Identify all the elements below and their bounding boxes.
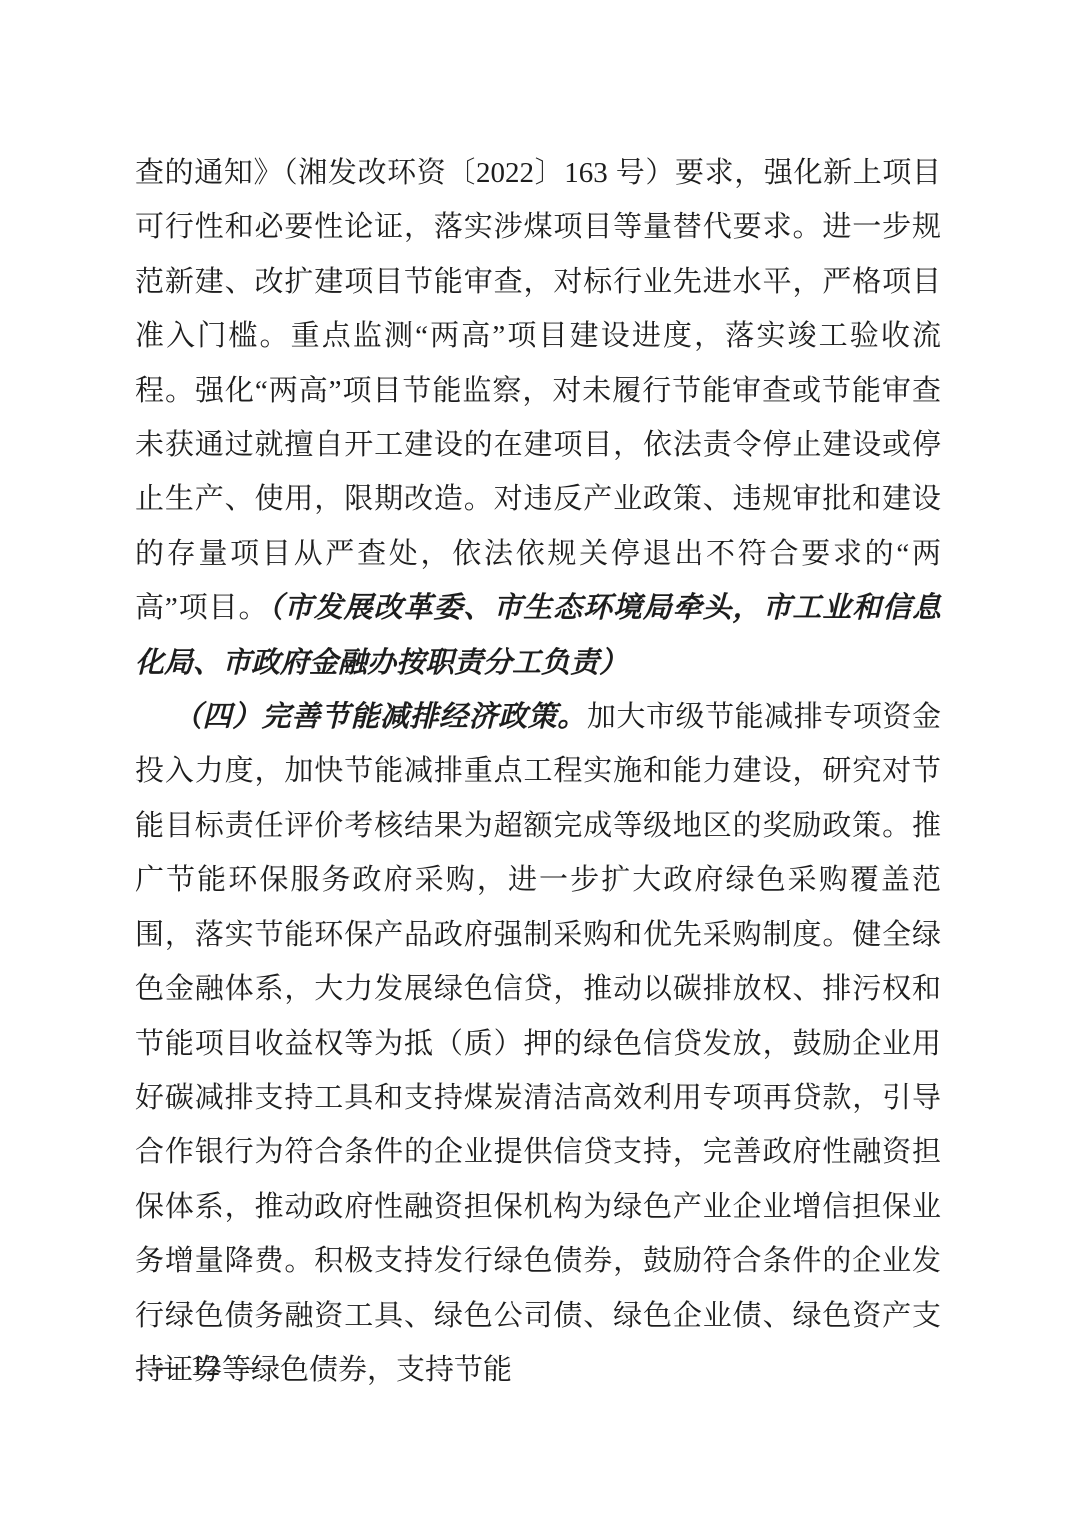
document-page: 查的通知》（湘发改环资〔2022〕163 号）要求，强化新上项目可行性和必要性论…: [0, 0, 1074, 1520]
body-text: 加大市级节能减排专项资金投入力度，加快节能减排重点工程实施和能力建设，研究对节能…: [135, 701, 941, 1386]
document-body: 查的通知》（湘发改环资〔2022〕163 号）要求，强化新上项目可行性和必要性论…: [135, 146, 941, 1397]
body-text: 查的通知》（湘发改环资〔2022〕163 号）要求，强化新上项目可行性和必要性论…: [135, 157, 941, 624]
page-number: — 12 —: [152, 1346, 260, 1386]
paragraph-section-four: （四）完善节能减排经济政策。加大市级节能减排专项资金投入力度，加快节能减排重点工…: [135, 690, 941, 1397]
paragraph-continuation: 查的通知》（湘发改环资〔2022〕163 号）要求，强化新上项目可行性和必要性论…: [135, 146, 941, 690]
section-heading: （四）完善节能减排经济政策。: [173, 701, 587, 733]
